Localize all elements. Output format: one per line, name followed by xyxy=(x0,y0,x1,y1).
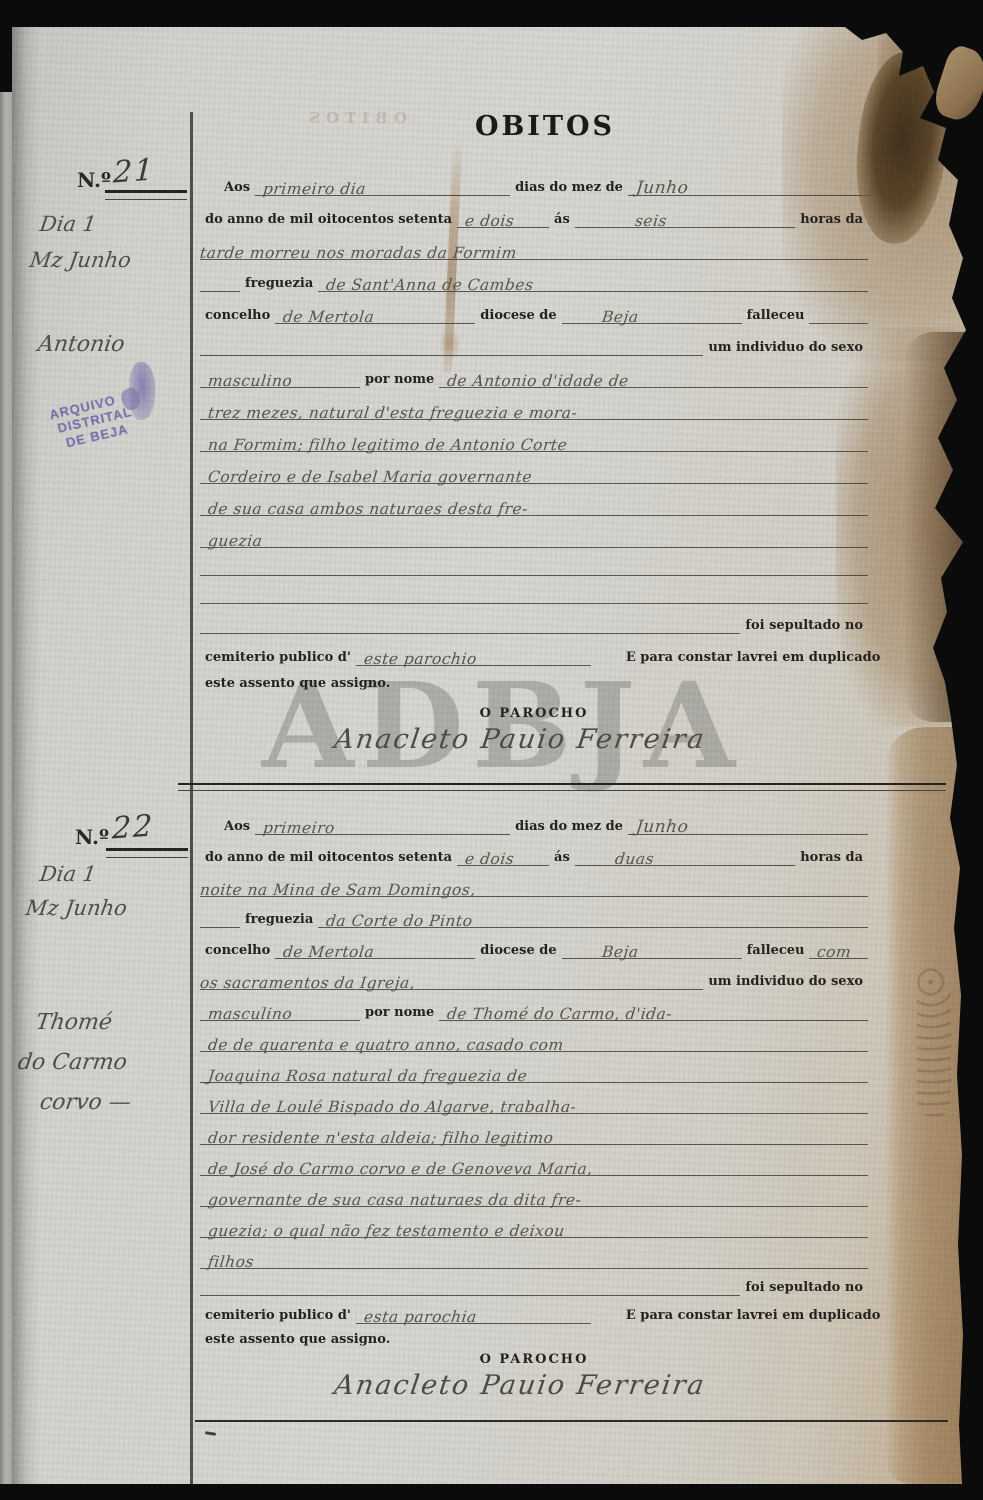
record-number-prefix: N.º xyxy=(77,168,111,192)
form-line: este assento que assigno. xyxy=(200,1324,868,1348)
printed-label: horas da xyxy=(795,850,868,866)
printed-label: foi sepultado no xyxy=(740,1280,868,1296)
margin-note-day: Dia 1 xyxy=(38,862,97,886)
form-line: Villa de Loulé Bispado do Algarve, traba… xyxy=(200,1083,868,1114)
archive-stamp: ARQUIVO DISTRITAL DE BEJA xyxy=(48,389,137,452)
fill-municipality: de Mertola xyxy=(275,304,475,324)
printed-label: dias do mez de xyxy=(510,819,628,835)
handwritten-line: na Formim; filho legitimo de Antonio Cor… xyxy=(200,432,868,452)
fill-municipality: de Mertola xyxy=(275,939,475,959)
form-line: cemiterio publico d' este parochio E par… xyxy=(200,634,868,666)
handwritten-line: dor residente n'esta aldeia; filho legit… xyxy=(200,1125,868,1145)
printed-label: concelho xyxy=(200,308,275,324)
blank-ruled-line xyxy=(200,576,868,604)
form-line: freguezia de Sant'Anna de Cambes xyxy=(200,260,868,292)
printed-label: cemiterio publico d' xyxy=(200,650,356,666)
handwritten-line: de sua casa ambos naturaes desta fre- xyxy=(200,496,868,516)
fill-place-of-death: noite na Mina de Sam Domingos, xyxy=(200,877,868,897)
form-line: freguezia da Corte do Pinto xyxy=(200,897,868,928)
handwritten-line: de José do Carmo corvo e de Genoveva Mar… xyxy=(200,1156,868,1176)
fill-parish: da Corte do Pinto xyxy=(318,908,868,928)
handwritten-line: filhos xyxy=(200,1249,868,1269)
handwritten-line: trez mezes, natural d'esta freguezia e m… xyxy=(200,400,868,420)
fill-hour: seis xyxy=(575,208,795,228)
fill-year: e dois xyxy=(457,208,549,228)
form-line: concelho de Mertola diocese de Beja fall… xyxy=(200,292,868,324)
fill-month: Junho xyxy=(628,814,868,835)
fill-diocese: Beja xyxy=(562,939,742,959)
margin-note-deceased-name: Antonio xyxy=(36,332,126,357)
page-title: OBITOS xyxy=(295,111,795,142)
form-line: masculino por nome de Antonio d'idade de xyxy=(200,356,868,388)
printed-label: por nome xyxy=(360,1005,439,1021)
priest-signature: Anacleto Pauio Ferreira xyxy=(198,724,842,755)
form-line: Cordeiro e de Isabel Maria governante xyxy=(200,452,868,484)
fill-place-of-death: tarde morreu nos moradas da Formim xyxy=(200,240,868,260)
record-21-form: Aos primeiro dia dias do mez de Junho do… xyxy=(200,164,868,692)
form-line: cemiterio publico d' esta parochia E par… xyxy=(200,1296,868,1324)
form-line: Joaquina Rosa natural da freguezia de xyxy=(200,1052,868,1083)
margin-note-month: Mz Junho xyxy=(24,896,128,920)
closing-rule xyxy=(195,1420,948,1422)
printed-label: E para constar lavrei em duplicado xyxy=(621,650,886,666)
blank-segment xyxy=(200,927,240,928)
register-page: OBITOS OBITOS ADBJA N.º 21 Dia 1 Mz Junh… xyxy=(12,27,968,1484)
form-line: foi sepultado no xyxy=(200,604,868,634)
form-line: noite na Mina de Sam Domingos, xyxy=(200,866,868,897)
margin-note-deceased-name-2: do Carmo xyxy=(16,1050,128,1075)
fill-name: de Antonio d'idade de xyxy=(439,368,868,388)
blank-segment xyxy=(200,1295,740,1296)
handwritten-line: Villa de Loulé Bispado do Algarve, traba… xyxy=(200,1094,868,1114)
form-line: tarde morreu nos moradas da Formim xyxy=(200,228,868,260)
printed-label: este assento que assigno. xyxy=(200,676,395,692)
handwritten-line: governante de sua casa naturaes da dita … xyxy=(200,1187,868,1207)
form-line: guezia; o qual não fez testamento e deix… xyxy=(200,1207,868,1238)
fill-sacraments: os sacramentos da Igreja, xyxy=(200,970,703,990)
form-line: concelho de Mertola diocese de Beja fall… xyxy=(200,928,868,959)
margin-note-month: Mz Junho xyxy=(28,248,132,272)
printed-label: freguezia xyxy=(240,912,318,928)
fill-died: com xyxy=(809,939,868,959)
handwritten-line: de de quarenta e quatro anno, casado com xyxy=(200,1032,868,1052)
record-number: 22 xyxy=(111,808,154,846)
form-line: dor residente n'esta aldeia; filho legit… xyxy=(200,1114,868,1145)
stain-lower-band xyxy=(885,727,968,1484)
form-line: os sacramentos da Igreja, um individuo d… xyxy=(200,959,868,990)
margin-note-deceased-name: Thomé xyxy=(34,1010,113,1035)
printed-label: do anno de mil oitocentos setenta xyxy=(200,212,457,228)
printed-label: Aos xyxy=(200,180,255,196)
form-line: um individuo do sexo xyxy=(200,324,868,356)
record-number-underline xyxy=(105,190,187,200)
printed-label: por nome xyxy=(360,372,439,388)
stain-freckles xyxy=(917,967,951,1117)
form-line: este assento que assigno. xyxy=(200,666,868,692)
form-line: governante de sua casa naturaes da dita … xyxy=(200,1176,868,1207)
printed-label: este assento que assigno. xyxy=(200,1332,395,1348)
margin-note-deceased-name-3: corvo — xyxy=(38,1090,132,1115)
record-22-form: Aos primeiro dias do mez de Junho do ann… xyxy=(200,804,868,1348)
form-line: Aos primeiro dias do mez de Junho xyxy=(200,804,868,835)
record-number-underline xyxy=(106,848,188,858)
fill-cemetery: este parochio xyxy=(356,646,591,666)
fill-day: primeiro dia xyxy=(255,176,510,196)
parish-priest-label: O PAROCHO xyxy=(200,706,868,721)
form-line: guezia xyxy=(200,516,868,548)
fill-died xyxy=(809,304,868,324)
blank-segment xyxy=(200,575,868,576)
printed-label: E para constar lavrei em duplicado xyxy=(621,1308,886,1324)
printed-label: freguezia xyxy=(240,276,318,292)
margin-rule xyxy=(190,112,193,1500)
record-number: 21 xyxy=(112,152,155,190)
handwritten-line: Cordeiro e de Isabel Maria governante xyxy=(200,464,868,484)
blank-ruled-line xyxy=(200,548,868,576)
record-separator-rule xyxy=(178,783,946,791)
form-line: filhos xyxy=(200,1238,868,1269)
fill-year: e dois xyxy=(457,846,549,866)
printed-label: Aos xyxy=(200,819,255,835)
form-line: de sua casa ambos naturaes desta fre- xyxy=(200,484,868,516)
form-line: do anno de mil oitocentos setenta e dois… xyxy=(200,196,868,228)
form-line: foi sepultado no xyxy=(200,1269,868,1296)
margin-note-day: Dia 1 xyxy=(38,212,97,236)
fill-diocese: Beja xyxy=(562,304,742,324)
fill-cemetery: esta parochia xyxy=(356,1304,591,1324)
stamp-emblem-icon xyxy=(129,362,156,420)
form-line: masculino por nome de Thomé do Carmo, d'… xyxy=(200,990,868,1021)
torn-paper-fragment xyxy=(930,43,983,125)
printed-label: diocese de xyxy=(475,308,561,324)
fill-name: de Thomé do Carmo, d'ida- xyxy=(439,1001,868,1021)
blank-segment xyxy=(200,633,740,634)
previous-page-edge xyxy=(0,92,13,1484)
printed-label: foi sepultado no xyxy=(740,618,868,634)
burn-streak xyxy=(904,332,968,722)
printed-label: dias do mez de xyxy=(510,180,628,196)
printed-label: do anno de mil oitocentos setenta xyxy=(200,850,457,866)
stray-pen-mark xyxy=(205,1431,216,1436)
printed-label: um individuo do sexo xyxy=(703,974,868,990)
fill-parish: de Sant'Anna de Cambes xyxy=(318,272,868,292)
printed-label: falleceu xyxy=(742,943,810,959)
printed-label: ás xyxy=(549,212,575,228)
record-number-prefix: N.º xyxy=(75,825,109,849)
printed-label: horas da xyxy=(795,212,868,228)
printed-label: diocese de xyxy=(475,943,561,959)
fill-hour: duas xyxy=(575,846,795,866)
printed-label: concelho xyxy=(200,943,275,959)
handwritten-line: Joaquina Rosa natural da freguezia de xyxy=(200,1063,868,1083)
form-line: do anno de mil oitocentos setenta e dois… xyxy=(200,835,868,866)
printed-label: cemiterio publico d' xyxy=(200,1308,356,1324)
printed-label: falleceu xyxy=(742,308,810,324)
blank-segment xyxy=(200,291,240,292)
form-line: de de quarenta e quatro anno, casado com xyxy=(200,1021,868,1052)
form-line: de José do Carmo corvo e de Genoveva Mar… xyxy=(200,1145,868,1176)
handwritten-line: guezia xyxy=(200,528,868,548)
priest-signature: Anacleto Pauio Ferreira xyxy=(198,1370,842,1401)
form-line: trez mezes, natural d'esta freguezia e m… xyxy=(200,388,868,420)
scanned-death-register: { "document": { "title": "OBITOS", "ghos… xyxy=(0,0,983,1500)
form-line: na Formim; filho legitimo de Antonio Cor… xyxy=(200,420,868,452)
handwritten-line: guezia; o qual não fez testamento e deix… xyxy=(200,1218,868,1238)
fill-month: Junho xyxy=(628,175,868,196)
parish-priest-label: O PAROCHO xyxy=(200,1352,868,1367)
blank-segment xyxy=(200,336,703,356)
printed-label: ás xyxy=(549,850,575,866)
fill-sex: masculino xyxy=(200,368,360,388)
fill-day: primeiro xyxy=(255,815,510,835)
blank-segment xyxy=(200,603,868,604)
printed-label: um individuo do sexo xyxy=(703,340,868,356)
form-line: Aos primeiro dia dias do mez de Junho xyxy=(200,164,868,196)
fill-sex: masculino xyxy=(200,1001,360,1021)
